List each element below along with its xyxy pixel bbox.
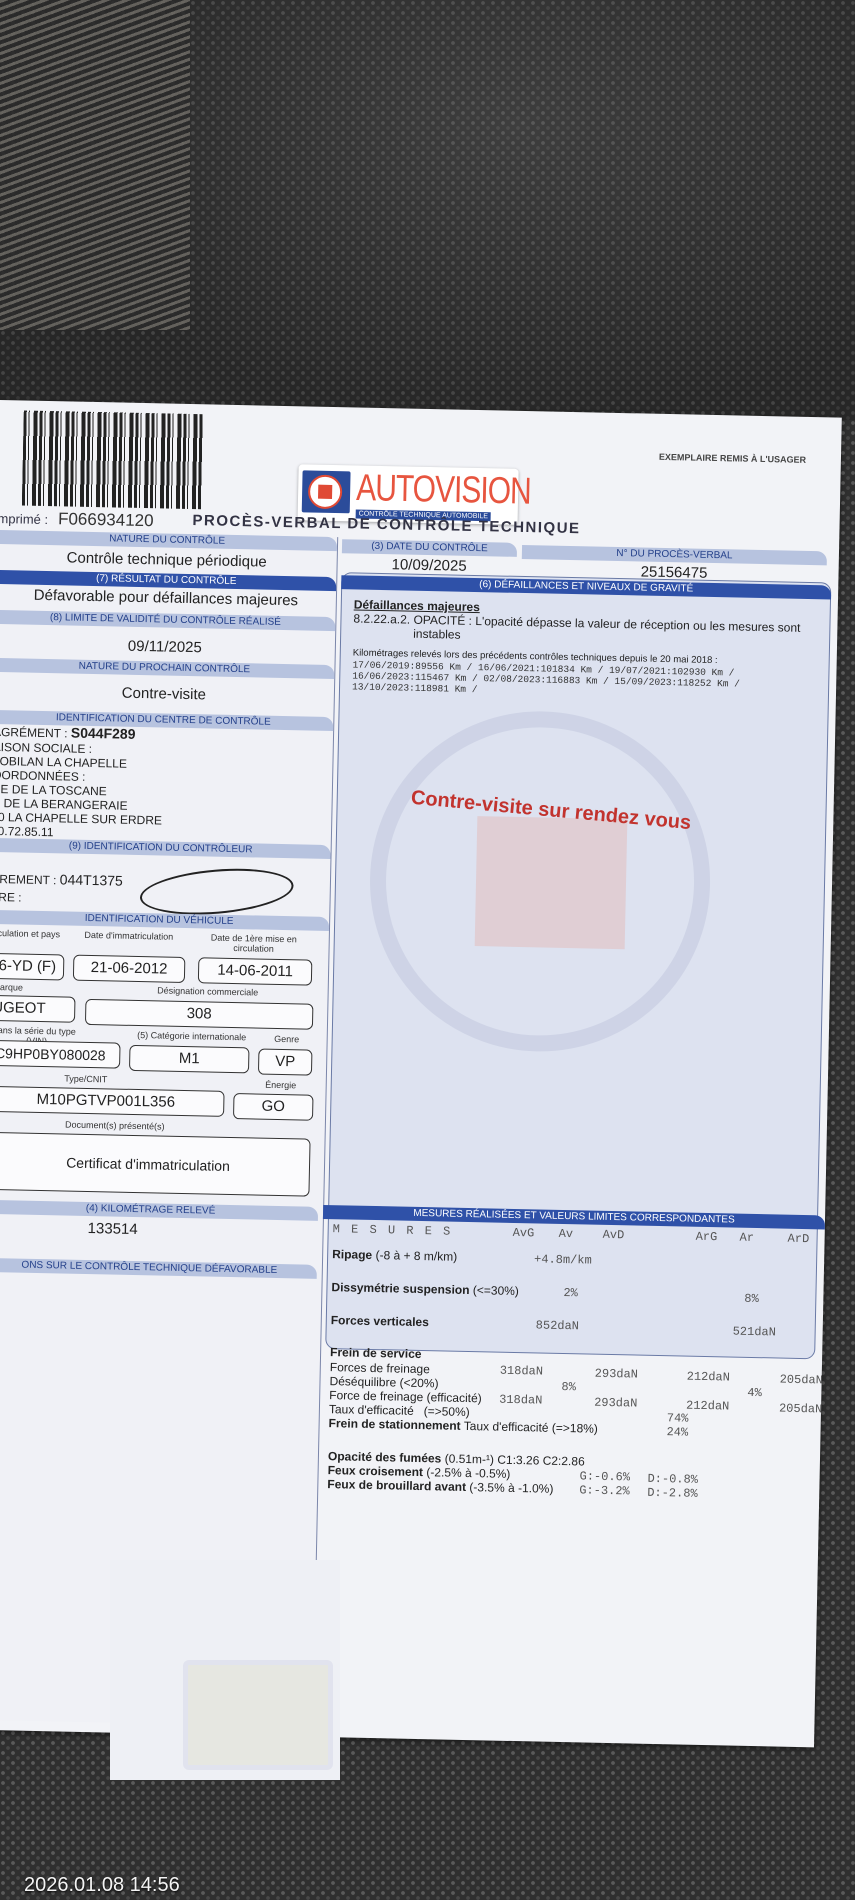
vertical-front: 852daN: [536, 1318, 580, 1333]
ripage-row: Ripage (-8 à + 8 m/km): [332, 1247, 457, 1264]
vin-value: C9HP0BY080028: [0, 1040, 121, 1069]
vertical-rear: 521daN: [733, 1325, 777, 1340]
ripage-limit: (-8 à + 8 m/km): [375, 1248, 457, 1264]
col-ar: Ar: [739, 1231, 754, 1245]
controller-agrement: GREMENT : 044T1375: [0, 870, 123, 889]
print-number: mprimé :F066934120: [0, 508, 154, 531]
cnit-value: M10PGTVP001L356: [0, 1086, 225, 1117]
braking-avg: 318daN: [500, 1364, 544, 1379]
first-circ-label: Date de 1ère mise en circulation: [193, 932, 313, 955]
copy-note: EXEMPLAIRE REMIS À L'USAGER: [659, 452, 806, 465]
dissym-limit: (<=30%): [473, 1283, 519, 1298]
photo-timestamp: 2026.01.08 14:56: [24, 1874, 180, 1897]
center-agrement: AGRÉMENT : S044F289: [0, 723, 136, 742]
dissym-front: 2%: [563, 1286, 578, 1300]
parking-brake-row: Frein de stationnement Taux d'efficacité…: [328, 1416, 598, 1436]
fog-row: Feux de brouillard avant (-3.5% à -1.0%): [327, 1477, 553, 1496]
defect-text-cont: instables: [413, 627, 461, 642]
col-avd: AvD: [603, 1228, 625, 1242]
fog-left: G:-3.2%: [579, 1483, 630, 1498]
efficiency-value: 74%: [667, 1411, 689, 1425]
genre-value: VP: [258, 1049, 313, 1076]
date-header: (3) DATE DU CONTRÔLE: [342, 539, 517, 557]
eff-force-arg: 212daN: [686, 1399, 730, 1414]
defect-code: 8.2.22.a.2. OPACITÉ :: [353, 611, 472, 627]
braking-arg: 212daN: [687, 1370, 731, 1385]
plate-label: culation et pays: [0, 928, 69, 940]
car-emblem-icon: [302, 470, 351, 513]
ripage-label: Ripage: [332, 1247, 372, 1262]
first-circ-value: 14-06-2011: [198, 957, 313, 985]
plate-value: 66-YD (F): [0, 953, 64, 981]
service-brake-label: Frein de service: [330, 1345, 422, 1361]
photo-placeholder: [183, 1660, 333, 1770]
vertical-row: Forces verticales: [331, 1313, 429, 1329]
ripage-value: +4.8m/km: [534, 1252, 592, 1267]
parking-rate-label: Taux d'efficacité (=>18%): [464, 1419, 598, 1436]
dissym-rear: 8%: [744, 1292, 759, 1306]
barcode: [22, 411, 204, 510]
col-av: Av: [559, 1227, 574, 1241]
print-number-value: F066934120: [58, 509, 154, 530]
center-agrement-label: AGRÉMENT :: [0, 725, 68, 741]
braking-ard: 205daN: [780, 1373, 824, 1388]
model-value: 308: [85, 999, 313, 1030]
genre-label: Genre: [267, 1034, 307, 1045]
eff-force-avd: 293daN: [594, 1396, 638, 1411]
print-number-label: mprimé :: [0, 511, 48, 527]
lowbeam-left: G:-0.6%: [579, 1469, 630, 1484]
document-title: PROCÈS-VERBAL DE CONTRÔLE TECHNIQUE: [192, 512, 580, 537]
parking-label: Frein de stationnement: [328, 1416, 460, 1433]
measures-col-label: M E S U R E S: [333, 1222, 453, 1239]
parking-value: 24%: [666, 1425, 688, 1439]
documents-value: Certificat d'immatriculation: [0, 1132, 311, 1197]
energy-label: Énergie: [256, 1080, 306, 1091]
seat-edge: [0, 0, 190, 330]
imbalance-rear: 4%: [747, 1386, 762, 1400]
lowbeam-right: D:-0.8%: [647, 1472, 698, 1487]
vertical-label: Forces verticales: [331, 1313, 429, 1329]
dissym-label: Dissymétrie suspension: [331, 1280, 469, 1297]
phone-number: 90.72.85.11: [0, 824, 54, 839]
energy-value: GO: [233, 1093, 314, 1121]
control-report-document: mprimé :F066934120 AUTOVISION CONTRÔLE T…: [0, 400, 842, 1747]
fog-label: Feux de brouillard avant: [327, 1477, 466, 1494]
col-ard: ArD: [787, 1232, 809, 1246]
fog-right: D:-2.8%: [647, 1486, 698, 1501]
col-avg: AvG: [513, 1226, 535, 1240]
controller-agrement-label: GREMENT :: [0, 872, 57, 887]
braking-avd: 293daN: [595, 1367, 639, 1382]
center-agrement-value: S044F289: [71, 725, 136, 742]
imbalance-front: 8%: [561, 1380, 576, 1394]
col-arg: ArG: [695, 1230, 717, 1244]
make-value: EUGEOT: [0, 995, 76, 1023]
category-value: M1: [129, 1045, 250, 1074]
reg-date-value: 21-06-2012: [73, 955, 186, 983]
signature-label: URE :: [0, 890, 22, 905]
controller-agrement-value: 044T1375: [60, 871, 123, 888]
fog-limit: (-3.5% à -1.0%): [469, 1480, 553, 1496]
eff-force-ard: 205daN: [779, 1402, 823, 1417]
brand-name: AUTOVISION: [356, 467, 531, 513]
make-label: Marque: [0, 982, 28, 993]
eff-force-avg: 318daN: [499, 1393, 543, 1408]
